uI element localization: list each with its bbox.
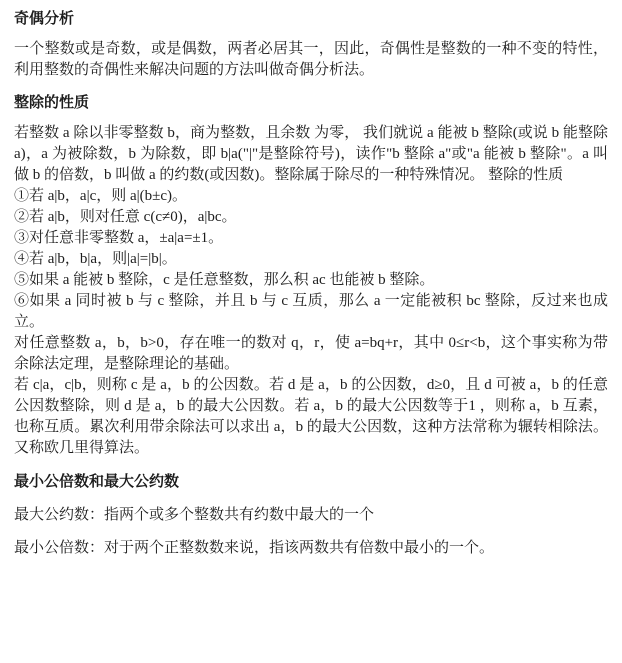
divisibility-rule-4: ④若 a|b，b|a，则|a|=|b|。	[14, 249, 608, 270]
divisibility-rule-1: ①若 a|b，a|c，则 a|(b±c)。	[14, 186, 608, 207]
heading-parity-analysis: 奇偶分析	[14, 9, 608, 30]
divisibility-rule-2: ②若 a|b，则对任意 c(c≠0)，a|bc。	[14, 207, 608, 228]
lcm-definition-text: 最小公倍数：对于两个正整数数来说，指该两数共有倍数中最小的一个。	[14, 538, 608, 559]
divisibility-rule-6: ⑥如果 a 同时被 b 与 c 整除，并且 b 与 c 互质，那么 a 一定能被…	[14, 291, 608, 333]
divisibility-rule-5: ⑤如果 a 能被 b 整除，c 是任意整数，那么积 ac 也能被 b 整除。	[14, 270, 608, 291]
paragraph-gcd: 最大公约数：指两个或多个整数共有约数中最大的一个	[14, 505, 608, 526]
document-body: 奇偶分析 一个整数或是奇数，或是偶数，两者必居其一，因此，奇偶性是整数的一种不变…	[0, 0, 622, 559]
paragraph-lcm: 最小公倍数：对于两个正整数数来说，指该两数共有倍数中最小的一个。	[14, 538, 608, 559]
division-remainder-theorem-text: 对任意整数 a，b，b>0，存在唯一的数对 q，r，使 a=bq+r，其中 0≤…	[14, 333, 608, 375]
parity-analysis-text: 一个整数或是奇数，或是偶数，两者必居其一，因此，奇偶性是整数的一种不变的特性，利…	[14, 39, 608, 81]
heading-divisibility-properties: 整除的性质	[14, 93, 608, 114]
document-page: 奇偶分析 一个整数或是奇数，或是偶数，两者必居其一，因此，奇偶性是整数的一种不变…	[0, 0, 622, 663]
paragraph-parity-analysis: 一个整数或是奇数，或是偶数，两者必居其一，因此，奇偶性是整数的一种不变的特性，利…	[14, 39, 608, 81]
divisibility-rule-3: ③对任意非零整数 a，±a|a=±1。	[14, 228, 608, 249]
paragraph-divisibility: 若整数 a 除以非零整数 b，商为整数，且余数 为零， 我们就说 a 能被 b …	[14, 123, 608, 459]
gcd-definition-text: 最大公约数：指两个或多个整数共有约数中最大的一个	[14, 505, 608, 526]
common-factor-euclid-text: 若 c|a，c|b，则称 c 是 a，b 的公因数。若 d 是 a，b 的公因数…	[14, 375, 608, 459]
divisibility-intro-text: 若整数 a 除以非零整数 b，商为整数，且余数 为零， 我们就说 a 能被 b …	[14, 123, 608, 186]
heading-lcm-gcd: 最小公倍数和最大公约数	[14, 472, 608, 493]
